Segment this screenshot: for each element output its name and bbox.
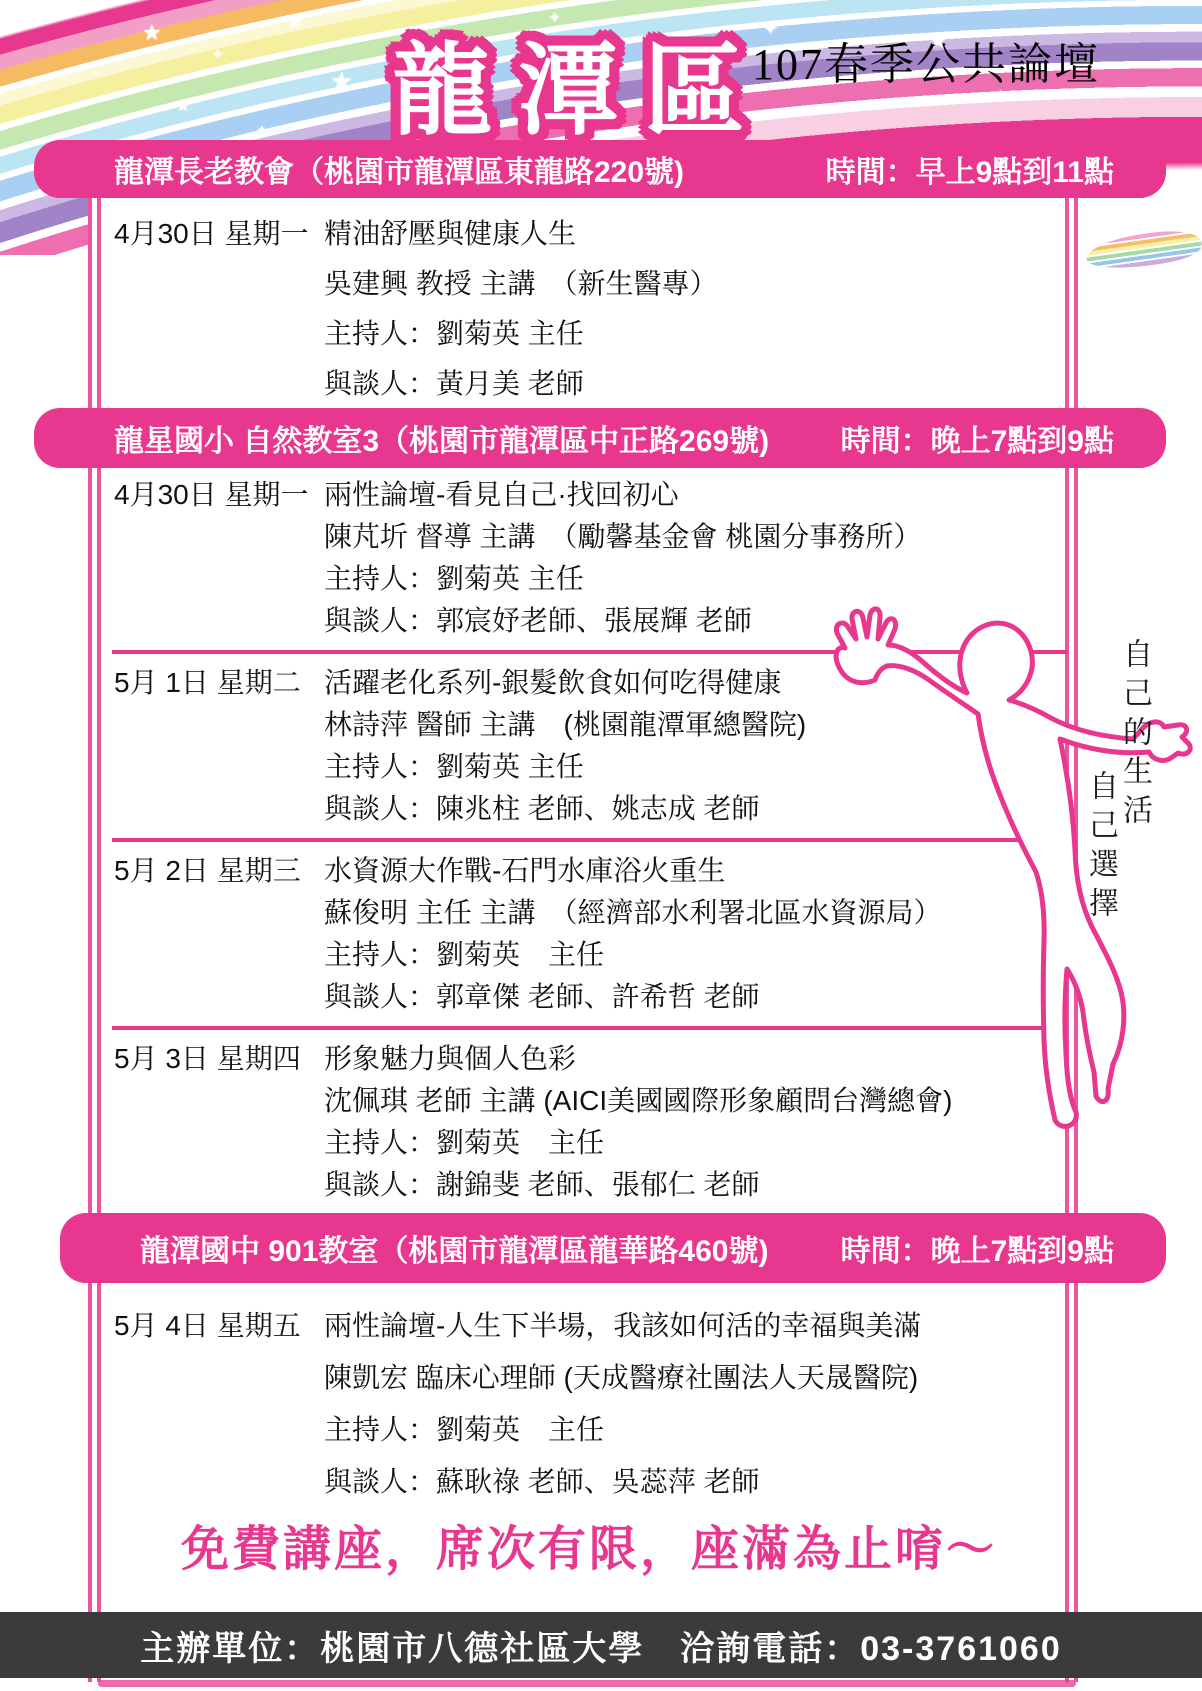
venue-banner-1: 龍潭長老教會（桃園市龍潭區東龍路220號) 時間：早上9點到11點 [34, 140, 1166, 198]
venue-name: 龍潭國中 901教室（桃園市龍潭區龍華路460號) [140, 1226, 768, 1270]
event-panelists: 與談人：蘇耿祿 老師、吳蕊萍 老師 [324, 1456, 1078, 1508]
event-date: 4月30日 星期一 [100, 209, 324, 259]
venue-banner-3: 龍潭國中 901教室（桃園市龍潭區龍華路460號) 時間：晚上7點到9點 [60, 1213, 1166, 1283]
event-date: 5月 2日 星期三 [100, 850, 324, 892]
event-date: 5月 1日 星期二 [100, 662, 324, 704]
event-row: 4月30日 星期一 精油舒壓與健康人生 吳建興 教授 主講 （新生醫專） 主持人… [100, 205, 1078, 413]
poster: ★ ✦ ★ ★ ★ ✦ ★ ★ ✦ ★ ★ ✦ ★ ★ ✦ 龍潭區 107春季公… [0, 0, 1202, 1691]
events-section-3: 5月 4日 星期五 兩性論壇-人生下半場，我該如何活的幸福與美滿 陳凱宏 臨床心… [100, 1296, 1078, 1512]
event-speaker: 陳凱宏 臨床心理師 (天成醫療社團法人天晟醫院) [324, 1352, 1078, 1404]
venue-time: 時間：早上9點到11點 [826, 147, 1114, 191]
star-icon: ★ [176, 96, 190, 116]
star-icon: ✦ [256, 122, 268, 139]
star-icon: ★ [330, 66, 353, 97]
star-icon: ✦ [212, 46, 224, 63]
star-icon: ★ [286, 12, 302, 33]
organizer-footer: 主辦單位：桃園市八德社區大學 洽詢電話：03-3761060 [0, 1612, 1202, 1678]
events-section-1: 4月30日 星期一 精油舒壓與健康人生 吳建興 教授 主講 （新生醫專） 主持人… [100, 205, 1078, 413]
venue-time: 時間：晚上7點到9點 [841, 1226, 1114, 1270]
event-topic: 精油舒壓與健康人生 [324, 209, 1078, 259]
event-date: 5月 4日 星期五 [100, 1300, 324, 1352]
event-host: 主持人：劉菊英 主任 [324, 1404, 1078, 1456]
venue-name: 龍潭長老教會（桃園市龍潭區東龍路220號) [114, 147, 684, 191]
page-title: 龍潭區 [392, 10, 770, 154]
event-panelists: 與談人：謝錦斐 老師、張郁仁 老師 [324, 1164, 1078, 1206]
event-speaker: 吳建興 教授 主講 （新生醫專） [324, 259, 1078, 309]
event-speaker: 陳芃圻 督導 主講 （勵馨基金會 桃園分事務所） [324, 516, 1078, 558]
venue-name: 龍星國小 自然教室3（桃園市龍潭區中正路269號) [114, 416, 769, 460]
venue-banner-2: 龍星國小 自然教室3（桃園市龍潭區中正路269號) 時間：晚上7點到9點 [34, 408, 1166, 468]
free-lecture-slogan: 免費講座，席次有限，座滿為止唷～ [100, 1510, 1078, 1579]
event-topic: 兩性論壇-看見自己·找回初心 [324, 474, 1078, 516]
frame-bottom-brush [98, 1680, 1076, 1687]
star-icon: ★ [142, 20, 162, 46]
event-date: 4月30日 星期一 [100, 474, 324, 516]
event-topic: 兩性論壇-人生下半場，我該如何活的幸福與美滿 [324, 1300, 1078, 1352]
event-row: 5月 4日 星期五 兩性論壇-人生下半場，我該如何活的幸福與美滿 陳凱宏 臨床心… [100, 1296, 1078, 1512]
venue-time: 時間：晚上7點到9點 [841, 416, 1114, 460]
event-host: 主持人：劉菊英 主任 [324, 309, 1078, 359]
event-date: 5月 3日 星期四 [100, 1038, 324, 1080]
side-vertical-text-2: 自己選擇 [1078, 770, 1122, 926]
page-subtitle: 107春季公共論壇 [752, 28, 1100, 92]
event-panelists: 與談人：黃月美 老師 [324, 359, 1078, 409]
